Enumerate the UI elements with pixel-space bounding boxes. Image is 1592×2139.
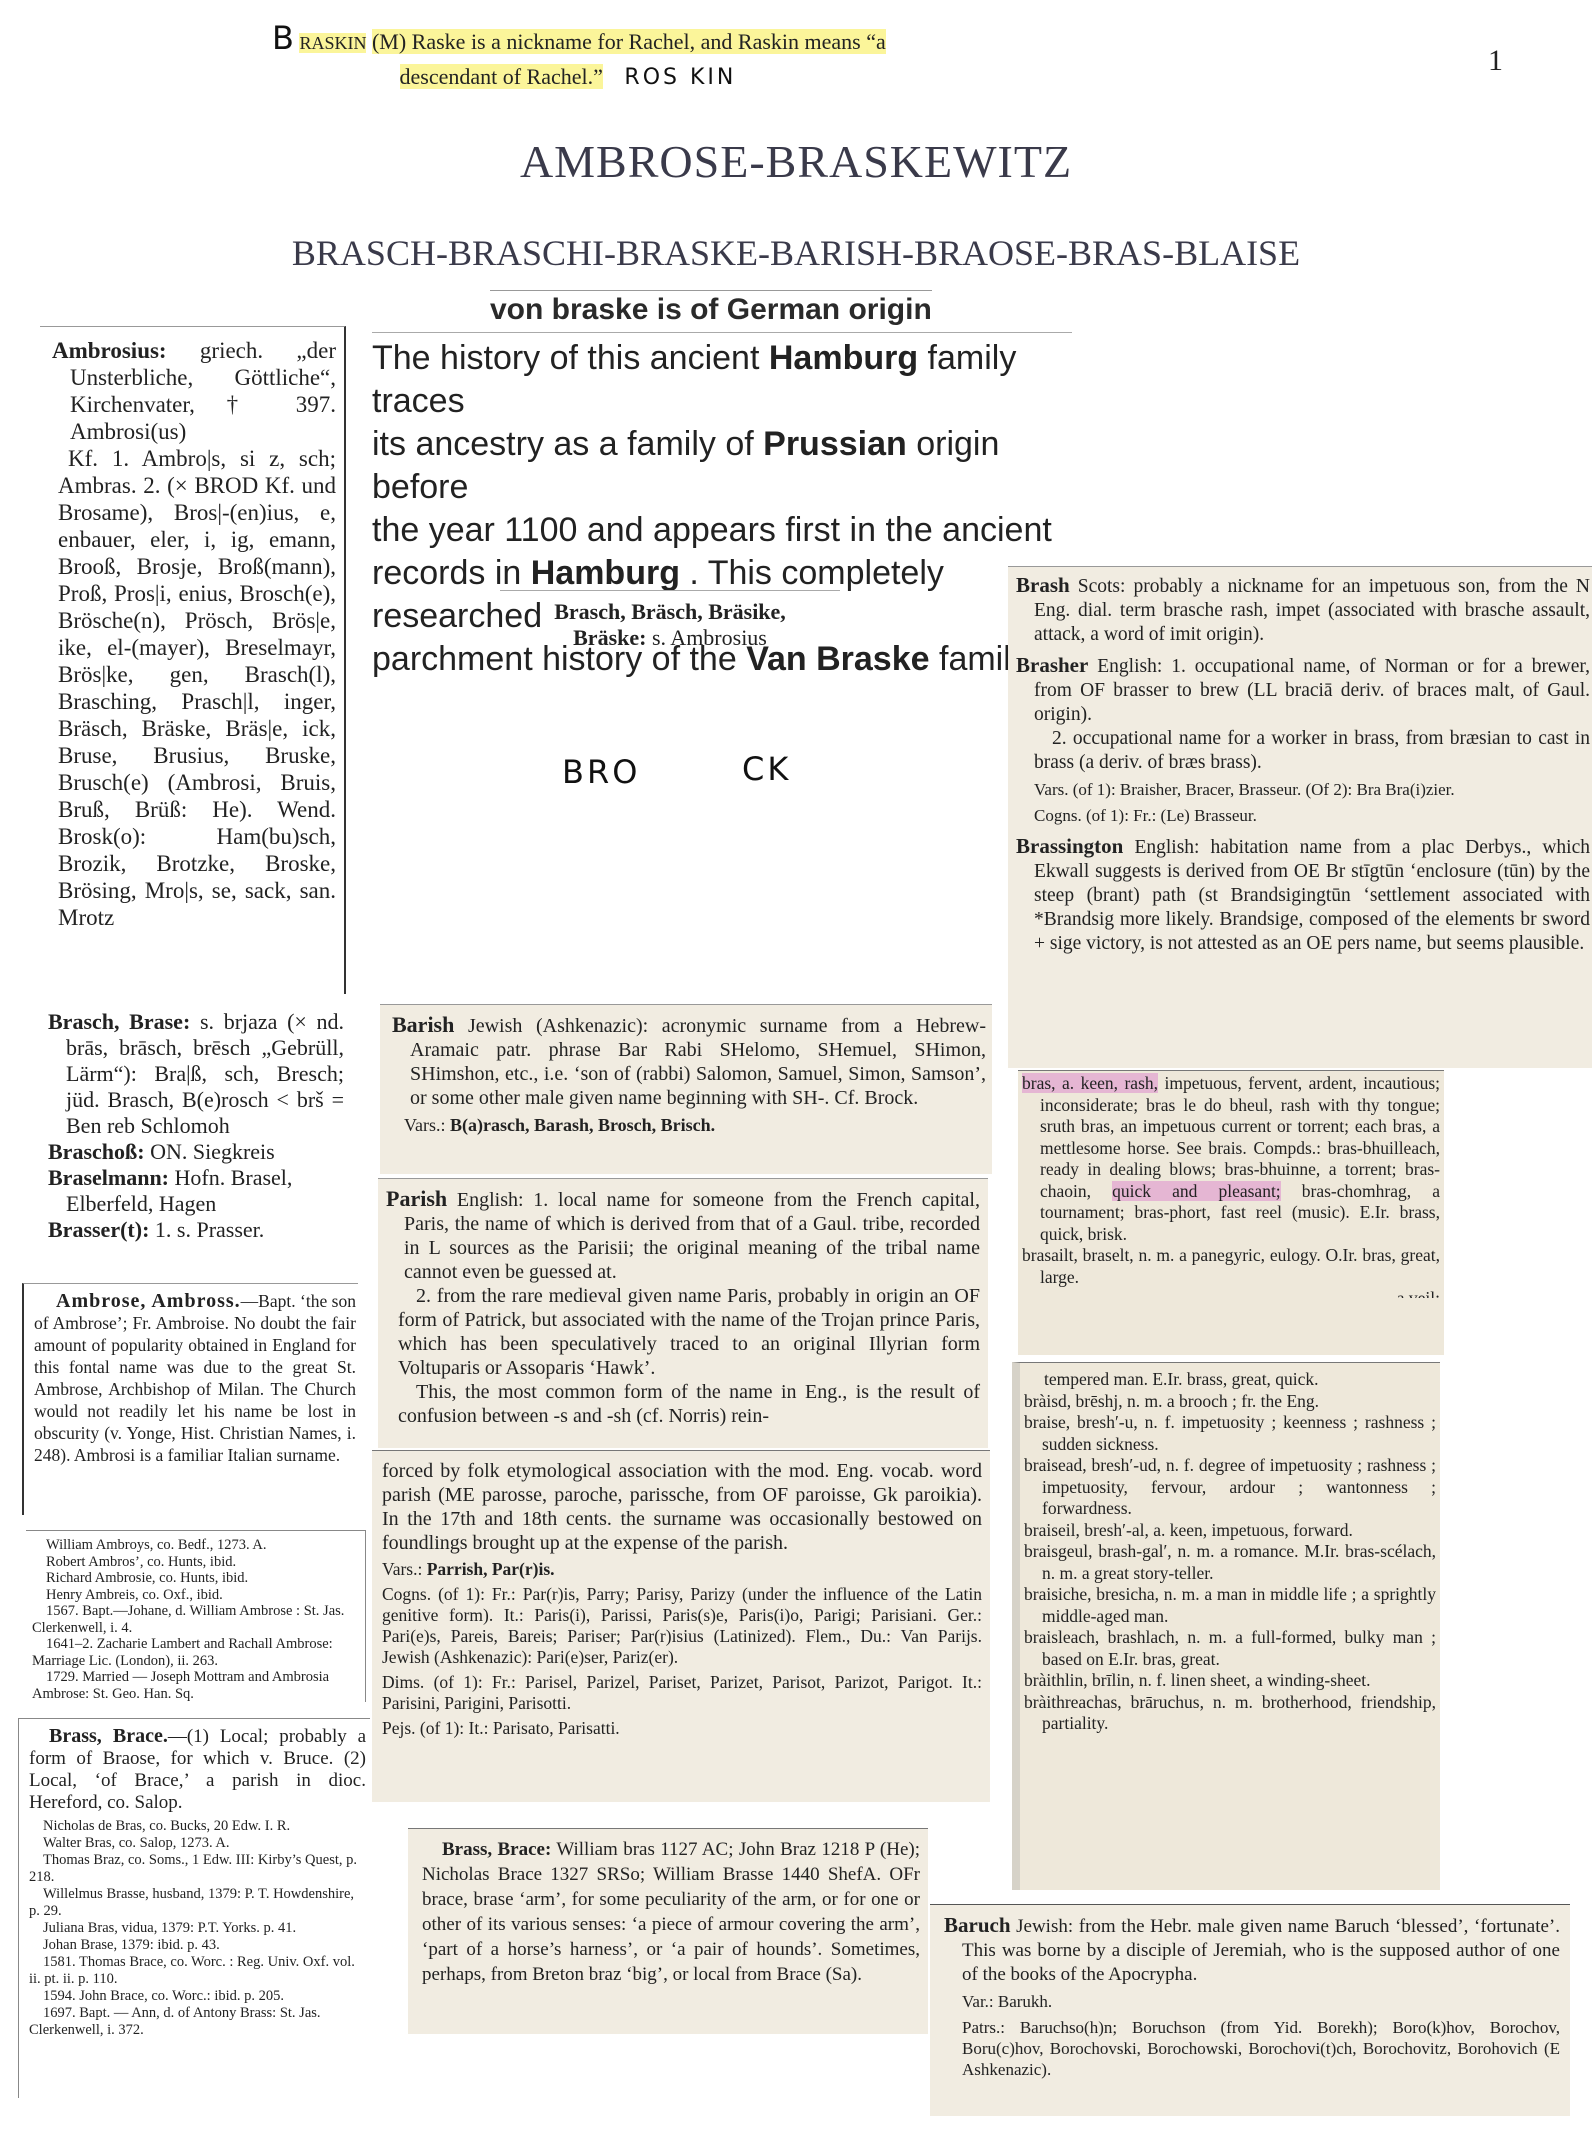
- parish-diminutives: Dims. (of 1): Fr.: Parisel, Parizel, Par…: [382, 1672, 982, 1714]
- brass-brace-mid-def: Brass, Brace: William bras 1127 AC; John…: [422, 1837, 920, 1987]
- record-line: Henry Ambreis, co. Oxf., ibid.: [32, 1587, 361, 1604]
- brass-brace-mid-entry: Brass, Brace: William bras 1127 AC; John…: [408, 1828, 928, 2034]
- baruch-definition: Baruch Jewish: from the Hebr. male given…: [944, 1913, 1560, 1987]
- baruch-entry: Baruch Jewish: from the Hebr. male given…: [930, 1904, 1570, 2116]
- barish-entry: Barish Jewish (Ashkenazic): acronymic su…: [380, 1004, 992, 1174]
- parish-sense-2: 2. from the rare medieval given name Par…: [386, 1284, 980, 1380]
- record-line: Willelmus Brasse, husband, 1379: P. T. H…: [29, 1886, 366, 1920]
- record-line: Richard Ambrosie, co. Hunts, ibid.: [32, 1570, 361, 1587]
- record-line: Nicholas de Bras, co. Bucks, 20 Edw. I. …: [29, 1818, 366, 1835]
- brasher-sense-2: 2. occupational name for a worker in bra…: [1016, 727, 1590, 775]
- gaelic-line: bràisd, brēshj, n. m. a brooch ; fr. the…: [1024, 1391, 1436, 1413]
- barish-definition: Barish Jewish (Ashkenazic): acronymic su…: [392, 1013, 986, 1110]
- record-line: Thomas Braz, co. Soms., 1 Edw. III: Kirb…: [29, 1852, 366, 1886]
- gaelic-line: braiseil, bresh′-al, a. keen, impetuous,…: [1024, 1520, 1436, 1542]
- brasher-entry: Brasher English: 1. occupational name, o…: [1016, 653, 1590, 727]
- handwritten-initial: B: [272, 19, 294, 57]
- brass-brace-left-def: Brass, Brace.—(1) Local; probably a form…: [29, 1725, 366, 1814]
- raskin-line1: (M) Raske is a nickname for Rachel, and …: [372, 29, 886, 54]
- entry-braschoss: Braschoß: ON. Siegkreis: [48, 1139, 344, 1165]
- barish-vars: Vars.: B(a)rasch, Barash, Brosch, Brisch…: [392, 1113, 986, 1137]
- record-line: Robert Ambros’, co. Hunts, ibid.: [32, 1554, 361, 1571]
- record-line: Johan Brase, 1379: ibid. p. 43.: [29, 1937, 366, 1954]
- brasher-cognates: Cogns. (of 1): Fr.: (Le) Brasseur.: [1016, 804, 1590, 828]
- brasch-line2: Bräske: s. Ambrosius: [500, 625, 840, 651]
- parish-pejoratives: Pejs. (of 1): It.: Parisato, Parisatti.: [382, 1718, 982, 1739]
- main-title: AMBROSE-BRASKEWITZ: [0, 135, 1592, 188]
- parish-sense-1: Parish English: 1. local name for someon…: [386, 1187, 980, 1284]
- brasch-brase-entries: Brasch, Brase: s. brjaza (× nd. brās, br…: [40, 1005, 350, 1270]
- gaelic-line: braisgeul, brash-gal′, n. m. a romance. …: [1024, 1541, 1436, 1584]
- raskin-name: RASKIN: [299, 33, 366, 53]
- record-line: Juliana Bras, vidua, 1379: P.T. Yorks. p…: [29, 1920, 366, 1937]
- baruch-var: Var.: Barukh.: [944, 1990, 1560, 2014]
- record-line: William Ambroys, co. Bedf., 1273. A.: [32, 1537, 361, 1554]
- origin-heading: von braske is of German origin: [490, 290, 932, 327]
- ambrosius-definition: Ambrosius: griech. „der Unsterbliche, Gö…: [52, 337, 336, 445]
- parish-cognates: Cogns. (of 1): Fr.: Par(r)is, Parry; Par…: [382, 1584, 982, 1668]
- handwritten-bro: BRO: [562, 753, 640, 791]
- record-line: 1729. Married — Joseph Mottram and Ambro…: [32, 1669, 361, 1702]
- subtitle: BRASCH-BRASCHI-BRASKE-BARISH-BRAOSE-BRAS…: [0, 232, 1592, 274]
- cut-line: ... a veil;: [1022, 1288, 1440, 1298]
- record-line: Walter Bras, co. Salop, 1273. A.: [29, 1835, 366, 1852]
- gaelic-line: braisead, bresh′-ud, n. f. degree of imp…: [1024, 1455, 1436, 1520]
- brasch-line1: Brasch, Bräsch, Bräsike,: [500, 599, 840, 625]
- parish-continuation: forced by folk etymological association …: [372, 1450, 990, 1802]
- gaelic-line: tempered man. E.Ir. brass, great, quick.: [1024, 1369, 1436, 1391]
- history-line: the year 1100 and appears first in the a…: [372, 509, 1072, 552]
- handwritten-ck: CK: [742, 750, 791, 788]
- gaelic-bras-entries: bras, a. keen, rash, impetuous, fervent,…: [1018, 1070, 1444, 1355]
- gaelic-line: bràithreachas, brāruchus, n. m. brotherh…: [1024, 1692, 1436, 1735]
- brash-entries: Brash Scots: probably a nickname for an …: [1008, 566, 1592, 1068]
- brasch-clip: Brasch, Bräsch, Bräsike, Bräske: s. Ambr…: [500, 590, 840, 651]
- gaelic-line: braise, bresh′-u, n. f. impetuosity ; ke…: [1024, 1412, 1436, 1455]
- page-number: 1: [1488, 44, 1503, 78]
- bras-entry: bras, a. keen, rash, impetuous, fervent,…: [1022, 1073, 1440, 1245]
- record-line: 1581. Thomas Brace, co. Worc. : Reg. Uni…: [29, 1954, 366, 1988]
- parish-confusion: This, the most common form of the name i…: [386, 1380, 980, 1428]
- entry-braselmann: Braselmann: Hofn. Brasel, Elberfeld, Hag…: [48, 1165, 344, 1217]
- brass-brace-left-entry: Brass, Brace.—(1) Local; probably a form…: [18, 1718, 370, 2098]
- ambrose-entry: Ambrose, Ambross.—Bapt. ‘the son of Ambr…: [22, 1283, 358, 1515]
- ambrosius-variants: Kf. 1. Ambro|s, si z, sch; Ambras. 2. (×…: [52, 445, 336, 931]
- brash-entry: Brash Scots: probably a nickname for an …: [1016, 573, 1590, 647]
- raskin-note: B RASKIN (M) Raske is a nickname for Rac…: [272, 22, 1132, 94]
- raskin-line2: descendant of Rachel.”: [400, 64, 603, 89]
- entry-brassert: Brasser(t): 1. s. Prasser.: [48, 1217, 344, 1243]
- record-line: 1697. Bapt. — Ann, d. of Antony Brass: S…: [29, 2005, 366, 2039]
- gaelic-line: bràithlin, brīlin, n. f. linen sheet, a …: [1024, 1670, 1436, 1692]
- parish-folk-etymology: forced by folk etymological association …: [382, 1459, 982, 1555]
- brasher-vars: Vars. (of 1): Braisher, Bracer, Brasseur…: [1016, 778, 1590, 802]
- brassington-entry: Brassington English: habitation name fro…: [1016, 834, 1590, 956]
- baruch-patronymics: Patrs.: Baruchso(h)n; Boruchson (from Yi…: [944, 2017, 1560, 2080]
- gaelic-line: braisiche, bresicha, n. m. a man in midd…: [1024, 1584, 1436, 1627]
- record-line: 1567. Bapt.—Johane, d. William Ambrose :…: [32, 1603, 361, 1636]
- history-line: The history of this ancient Hamburg fami…: [372, 337, 1072, 423]
- handwritten-roskin: ROS KIN: [624, 65, 736, 90]
- record-line: 1594. John Brace, co. Worc.: ibid. p. 20…: [29, 1988, 366, 2005]
- history-line: its ancestry as a family of Prussian ori…: [372, 423, 1072, 509]
- brasailt-entry: brasailt, braselt, n. m. a panegyric, eu…: [1022, 1245, 1440, 1288]
- record-line: 1641–2. Zacharie Lambert and Rachall Amb…: [32, 1636, 361, 1669]
- ambrosius-entry: Ambrosius: griech. „der Unsterbliche, Gö…: [40, 326, 346, 994]
- gaelic-brais-entries: tempered man. E.Ir. brass, great, quick.…: [1012, 1362, 1440, 1890]
- brass-record-list: Nicholas de Bras, co. Bucks, 20 Edw. I. …: [29, 1818, 366, 2039]
- entry-brasch-brase: Brasch, Brase: s. brjaza (× nd. brās, br…: [48, 1009, 344, 1139]
- parish-entry: Parish English: 1. local name for someon…: [378, 1178, 988, 1448]
- ambroys-records: William Ambroys, co. Bedf., 1273. A. Rob…: [26, 1530, 366, 1702]
- ambrose-text: Ambrose, Ambross.—Bapt. ‘the son of Ambr…: [34, 1290, 356, 1466]
- parish-vars: Vars.: Parrish, Par(r)is.: [382, 1559, 982, 1580]
- gaelic-line: braisleach, brashlach, n. m. a full-form…: [1024, 1627, 1436, 1670]
